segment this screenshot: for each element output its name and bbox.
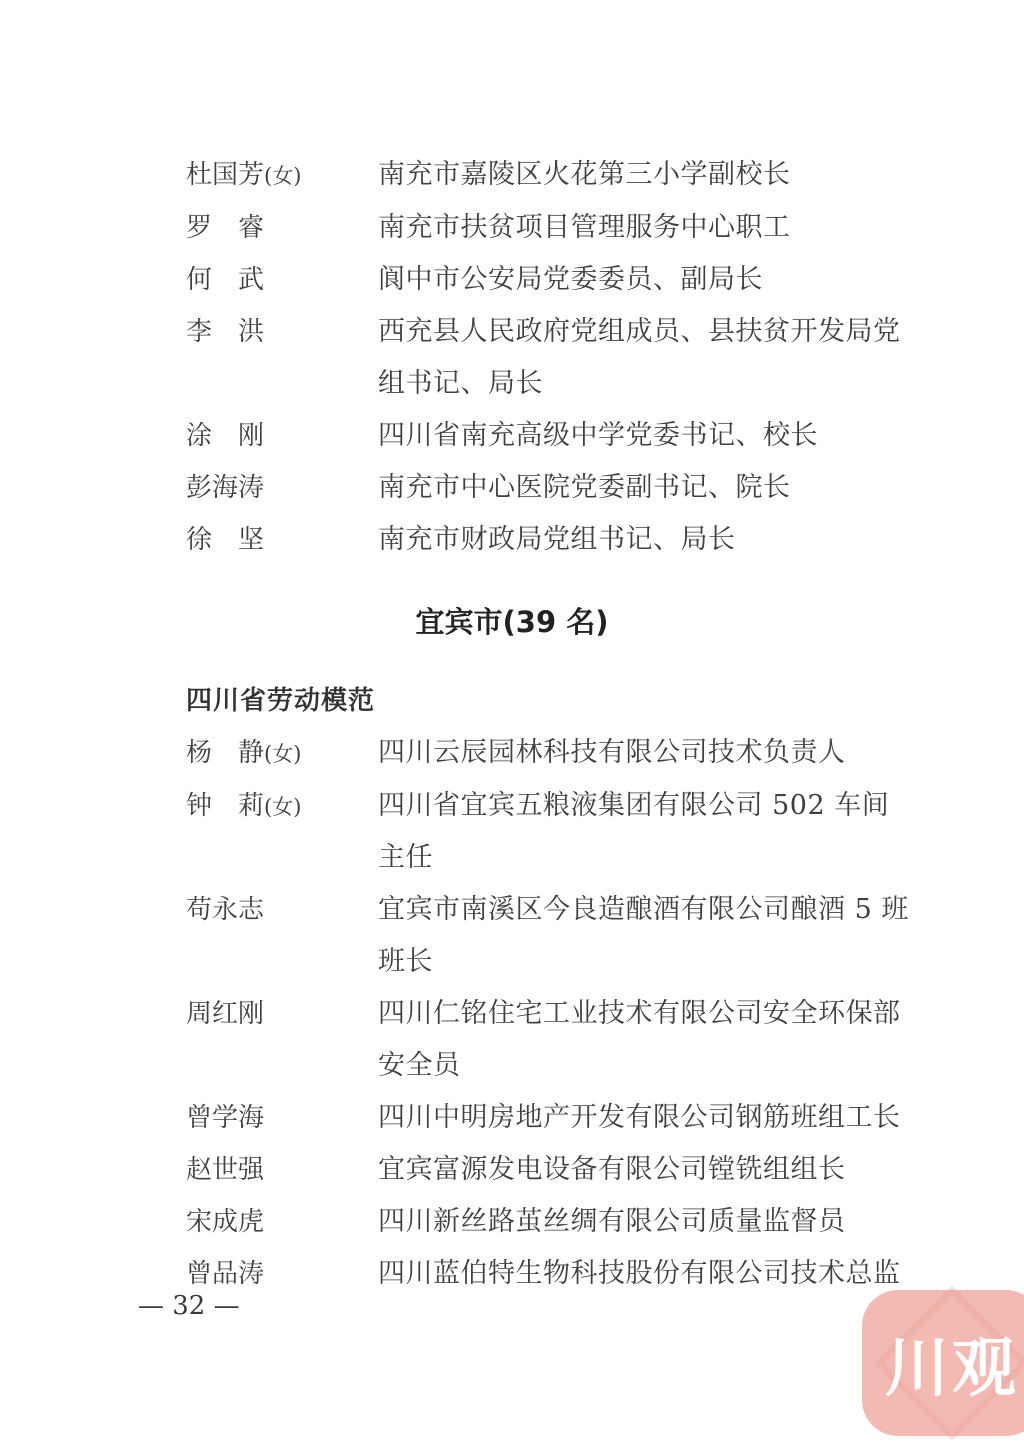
gender-note: (女) <box>264 742 301 766</box>
laureate-name: 杨 静(女) <box>0 727 378 780</box>
laureate-name-text: 曾学海 <box>186 1103 264 1133</box>
laureate-name: 罗 睿 <box>0 202 378 254</box>
chuanguan-watermark-logo: 川观 <box>862 1290 1024 1436</box>
laureate-position: 四川蓝伯特生物科技股份有限公司技术总监 <box>378 1248 901 1300</box>
laureate-row: 周红刚四川仁铭住宅工业技术有限公司安全环保部安全员 <box>0 988 1024 1092</box>
laureate-row: 苟永志宜宾市南溪区今良造酿酒有限公司酿酒 5 班班长 <box>0 884 1024 988</box>
laureate-row: 杜国芳(女)南充市嘉陵区火花第三小学副校长 <box>0 149 1024 202</box>
position-line: 四川新丝路茧丝绸有限公司质量监督员 <box>378 1196 846 1248</box>
laureate-name-text: 罗 睿 <box>186 213 264 243</box>
laureate-position: 宜宾富源发电设备有限公司镗铣组组长 <box>378 1144 846 1196</box>
laureate-name-text: 宋成虎 <box>186 1207 264 1237</box>
position-line: 南充市嘉陵区火花第三小学副校长 <box>378 149 791 201</box>
position-line: 四川省南充高级中学党委书记、校长 <box>378 410 818 462</box>
position-line: 主任 <box>378 832 889 884</box>
section-heading: 宜宾市(39 名) <box>0 596 1024 648</box>
position-line: 四川省宜宾五粮液集团有限公司 502 车间 <box>378 780 889 832</box>
laureate-position: 阆中市公安局党委委员、副局长 <box>378 254 763 306</box>
laureate-name-text: 徐 坚 <box>186 525 264 555</box>
laureate-name: 何 武 <box>0 254 378 306</box>
laureate-position: 南充市嘉陵区火花第三小学副校长 <box>378 149 791 202</box>
laureate-name-text: 杜国芳 <box>186 160 264 190</box>
position-line: 宜宾富源发电设备有限公司镗铣组组长 <box>378 1144 846 1196</box>
laureate-position: 四川云辰园林科技有限公司技术负责人 <box>378 727 846 780</box>
document-page: 杜国芳(女)南充市嘉陵区火花第三小学副校长罗 睿南充市扶贫项目管理服务中心职工何… <box>0 0 1024 1449</box>
position-line: 班长 <box>378 936 909 988</box>
laureate-row: 赵世强宜宾富源发电设备有限公司镗铣组组长 <box>0 1144 1024 1196</box>
laureate-row: 徐 坚南充市财政局党组书记、局长 <box>0 514 1024 566</box>
laureate-name: 周红刚 <box>0 988 378 1092</box>
position-line: 四川蓝伯特生物科技股份有限公司技术总监 <box>378 1248 901 1300</box>
position-line: 宜宾市南溪区今良造酿酒有限公司酿酒 5 班 <box>378 884 909 936</box>
position-line: 四川仁铭住宅工业技术有限公司安全环保部 <box>378 988 901 1040</box>
watermark-text: 川观 <box>862 1290 1024 1436</box>
laureate-name-text: 彭海涛 <box>186 473 264 503</box>
page-number: — 32 — <box>138 1288 240 1324</box>
laureate-name: 彭海涛 <box>0 462 378 514</box>
laureate-position: 宜宾市南溪区今良造酿酒有限公司酿酒 5 班班长 <box>378 884 909 988</box>
laureate-row: 宋成虎四川新丝路茧丝绸有限公司质量监督员 <box>0 1196 1024 1248</box>
position-line: 南充市扶贫项目管理服务中心职工 <box>378 202 791 254</box>
laureate-name-text: 何 武 <box>186 265 264 295</box>
position-line: 组书记、局长 <box>378 358 901 410</box>
position-line: 南充市财政局党组书记、局长 <box>378 514 736 566</box>
laureate-position: 四川中明房地产开发有限公司钢筋班组工长 <box>378 1092 901 1144</box>
laureate-name-text: 赵世强 <box>186 1155 264 1185</box>
document-content: 杜国芳(女)南充市嘉陵区火花第三小学副校长罗 睿南充市扶贫项目管理服务中心职工何… <box>0 149 1024 1300</box>
laureate-row: 杨 静(女)四川云辰园林科技有限公司技术负责人 <box>0 727 1024 780</box>
position-line: 阆中市公安局党委委员、副局长 <box>378 254 763 306</box>
laureate-name-text: 李 洪 <box>186 317 264 347</box>
laureate-name: 苟永志 <box>0 884 378 988</box>
laureate-name: 李 洪 <box>0 306 378 410</box>
laureate-position: 西充县人民政府党组成员、县扶贫开发局党组书记、局长 <box>378 306 901 410</box>
laureate-row: 涂 刚四川省南充高级中学党委书记、校长 <box>0 410 1024 462</box>
laureate-position: 四川新丝路茧丝绸有限公司质量监督员 <box>378 1196 846 1248</box>
laureate-name: 涂 刚 <box>0 410 378 462</box>
laureate-position: 南充市中心医院党委副书记、院长 <box>378 462 791 514</box>
position-line: 安全员 <box>378 1040 901 1092</box>
laureate-name: 杜国芳(女) <box>0 149 378 202</box>
laureate-row: 彭海涛南充市中心医院党委副书记、院长 <box>0 462 1024 514</box>
position-line: 西充县人民政府党组成员、县扶贫开发局党 <box>378 306 901 358</box>
laureate-position: 四川省宜宾五粮液集团有限公司 502 车间主任 <box>378 780 889 884</box>
laureate-name: 曾学海 <box>0 1092 378 1144</box>
gender-note: (女) <box>264 164 301 188</box>
laureate-name-text: 涂 刚 <box>186 421 264 451</box>
laureate-name: 宋成虎 <box>0 1196 378 1248</box>
laureate-position: 四川省南充高级中学党委书记、校长 <box>378 410 818 462</box>
laureate-name-text: 杨 静 <box>186 738 264 768</box>
laureate-name: 钟 莉(女) <box>0 780 378 884</box>
laureate-name: 徐 坚 <box>0 514 378 566</box>
laureate-row: 钟 莉(女)四川省宜宾五粮液集团有限公司 502 车间主任 <box>0 780 1024 884</box>
laureate-row: 李 洪西充县人民政府党组成员、县扶贫开发局党组书记、局长 <box>0 306 1024 410</box>
laureate-row: 何 武阆中市公安局党委委员、副局长 <box>0 254 1024 306</box>
laureate-position: 南充市扶贫项目管理服务中心职工 <box>378 202 791 254</box>
gender-note: (女) <box>264 795 301 819</box>
laureate-row: 罗 睿南充市扶贫项目管理服务中心职工 <box>0 202 1024 254</box>
laureate-name-text: 曾品涛 <box>186 1259 264 1289</box>
laureate-name: 赵世强 <box>0 1144 378 1196</box>
laureate-name-text: 苟永志 <box>186 895 264 925</box>
laureate-name-text: 钟 莉 <box>186 791 264 821</box>
laureate-row: 曾学海四川中明房地产开发有限公司钢筋班组工长 <box>0 1092 1024 1144</box>
position-line: 四川云辰园林科技有限公司技术负责人 <box>378 727 846 779</box>
position-line: 四川中明房地产开发有限公司钢筋班组工长 <box>378 1092 901 1144</box>
laureate-name-text: 周红刚 <box>186 999 264 1029</box>
laureate-position: 四川仁铭住宅工业技术有限公司安全环保部安全员 <box>378 988 901 1092</box>
position-line: 南充市中心医院党委副书记、院长 <box>378 462 791 514</box>
laureate-position: 南充市财政局党组书记、局长 <box>378 514 736 566</box>
category-heading: 四川省劳动模范 <box>0 675 1024 727</box>
